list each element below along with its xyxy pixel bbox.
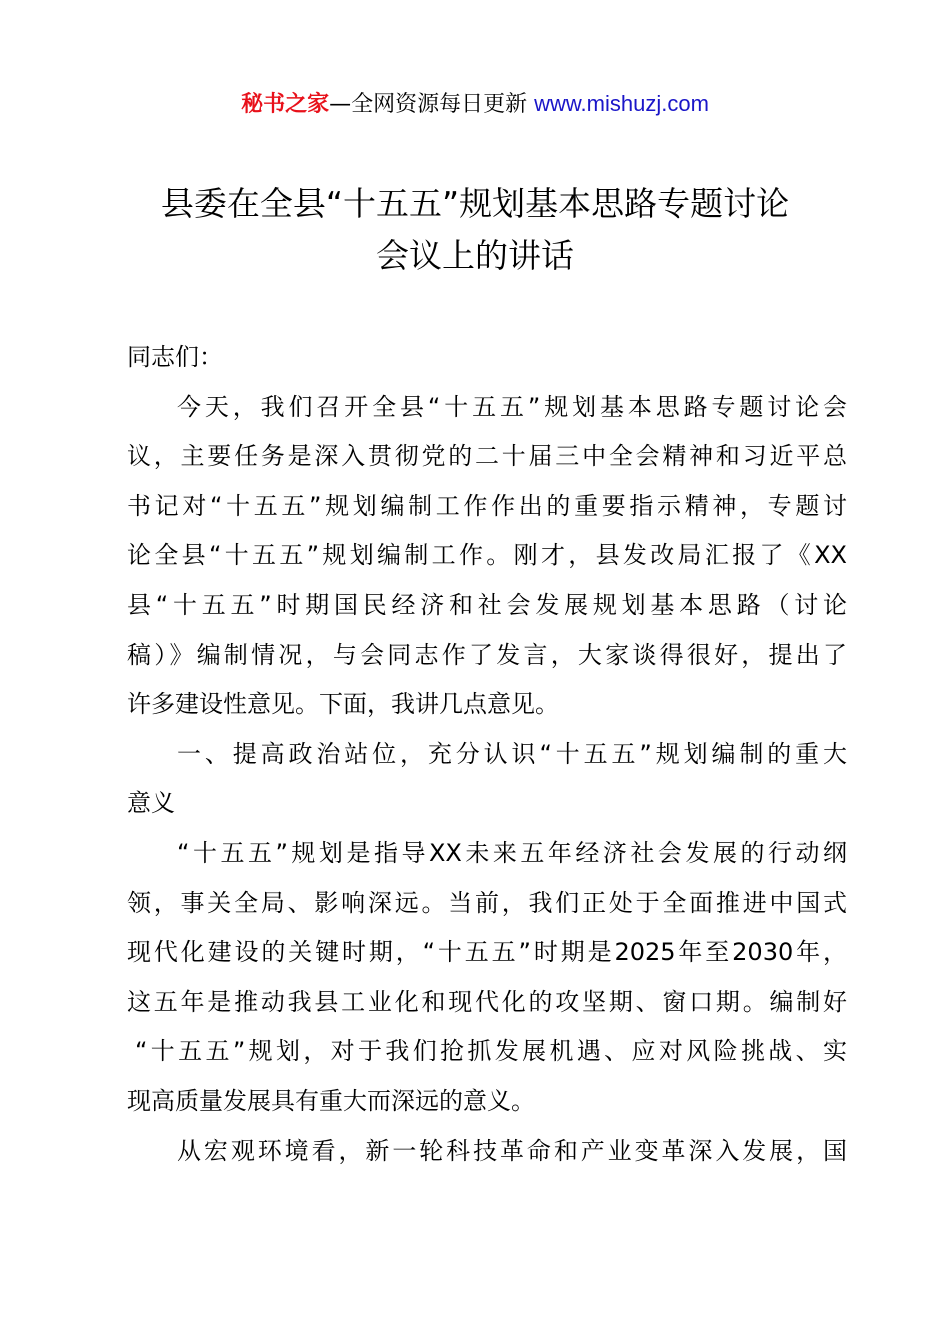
page-header: 秘书之家—全网资源每日更新 www.mishuzj.com <box>0 86 950 123</box>
text-line: 现代化建设的关键时期，“十五五”时期是2025年至2030年， <box>127 928 847 978</box>
document-title: 县委在全县“十五五”规划基本思路专题讨论 会议上的讲话 <box>0 178 950 282</box>
header-tagline: —全网资源每日更新 <box>329 92 527 117</box>
text-line: 许多建设性意见。下面，我讲几点意见。 <box>127 680 847 730</box>
document-body: 同志们： 今天，我们召开全县“十五五”规划基本思路专题讨论会 议，主要任务是深入… <box>127 333 847 1176</box>
text-line: 稿）》编制情况，与会同志作了发言，大家谈得很好，提出了 <box>127 631 847 681</box>
title-line-1: 县委在全县“十五五”规划基本思路专题讨论 <box>0 178 950 230</box>
paragraph-macro-environment: 从宏观环境看，新一轮科技革命和产业变革深入发展，国 <box>127 1127 847 1177</box>
text-line: 议，主要任务是深入贯彻党的二十届三中全会精神和习近平总 <box>127 432 847 482</box>
heading-line: 意义 <box>127 779 847 829</box>
section-heading-1: 一、提高政治站位，充分认识“十五五”规划编制的重大 意义 <box>127 730 847 829</box>
text-line: 这五年是推动我县工业化和现代化的攻坚期、窗口期。编制好 <box>127 978 847 1028</box>
text-line: “十五五”规划是指导XX未来五年经济社会发展的行动纲 <box>127 829 847 879</box>
paragraph-opening: 今天，我们召开全县“十五五”规划基本思路专题讨论会 议，主要任务是深入贯彻党的二… <box>127 383 847 730</box>
text-line: 书记对“十五五”规划编制工作作出的重要指示精神，专题讨 <box>127 482 847 532</box>
text-line: 论全县“十五五”规划编制工作。刚才，县发改局汇报了《XX <box>127 531 847 581</box>
text-line: “十五五”规划，对于我们抢抓发展机遇、应对风险挑战、实 <box>127 1027 847 1077</box>
paragraph-significance: “十五五”规划是指导XX未来五年经济社会发展的行动纲 领，事关全局、影响深远。当… <box>127 829 847 1127</box>
text-line: 今天，我们召开全县“十五五”规划基本思路专题讨论会 <box>127 383 847 433</box>
site-link[interactable]: www.mishuzj.com <box>534 91 709 116</box>
text-line: 领，事关全局、影响深远。当前，我们正处于全面推进中国式 <box>127 879 847 929</box>
text-line: 县“十五五”时期国民经济和社会发展规划基本思路（讨论 <box>127 581 847 631</box>
brand-name: 秘书之家 <box>241 92 329 117</box>
text-line: 从宏观环境看，新一轮科技革命和产业变革深入发展，国 <box>127 1127 847 1177</box>
salutation: 同志们： <box>127 333 847 383</box>
text-line: 现高质量发展具有重大而深远的意义。 <box>127 1077 847 1127</box>
title-line-2: 会议上的讲话 <box>0 230 950 282</box>
heading-line: 一、提高政治站位，充分认识“十五五”规划编制的重大 <box>127 730 847 780</box>
